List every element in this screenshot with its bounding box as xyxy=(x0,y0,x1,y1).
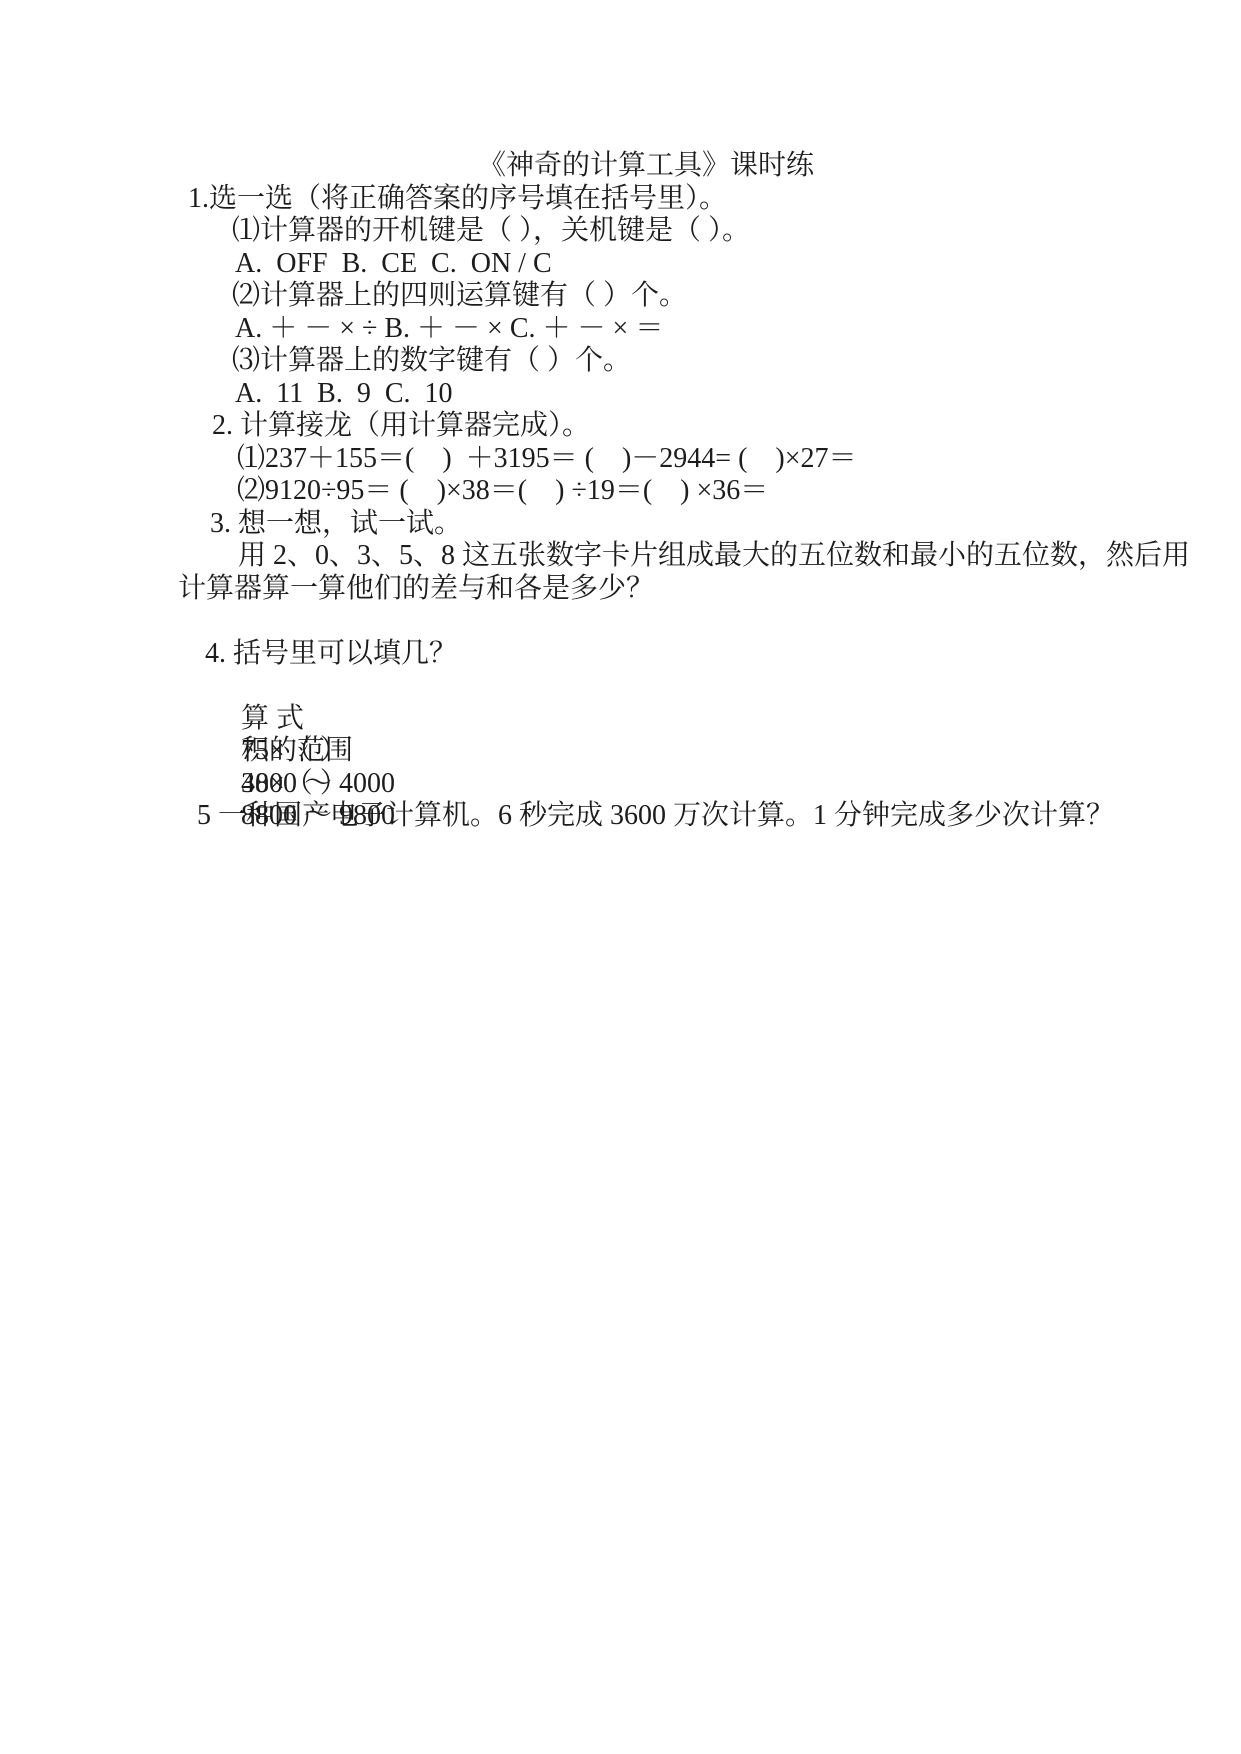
worksheet-content: 《神奇的计算工具》课时练 1.选一选（将正确答案的序号填在括号里）。 ⑴计算器的… xyxy=(178,150,1068,833)
q1-item3: ⑶计算器上的数字键有（ ）个。 xyxy=(232,345,1068,378)
q4-row2-expression: 48×（ ） xyxy=(241,768,360,801)
spacer xyxy=(178,605,1068,638)
page-title: 《神奇的计算工具》课时练 xyxy=(478,150,1068,183)
q2-chain-2: ⑵9120÷95＝ ( )×38＝( ) ÷19＝( ) ×36＝ xyxy=(237,475,1068,508)
q3-body-line1: 用 2、0、3、5、8 这五张数字卡片组成最大的五位数和最小的五位数，然后用 xyxy=(238,540,1068,573)
q1-item3-options: A. 11 B. 9 C. 10 xyxy=(235,378,1068,411)
q4-table-header: 算 式 积的范围 xyxy=(199,670,1068,703)
q2-heading: 2. 计算接龙（用计算器完成）。 xyxy=(212,410,1068,443)
q4-heading: 4. 括号里可以填几？ xyxy=(205,638,1068,671)
q3-body-line2: 计算器算一算他们的差与和各是多少？ xyxy=(178,573,1068,606)
worksheet-page: 《神奇的计算工具》课时练 1.选一选（将正确答案的序号填在括号里）。 ⑴计算器的… xyxy=(0,0,1241,1754)
q4-col1-header: 算 式 xyxy=(241,703,360,736)
q4-row1-expression: 75×（ ） xyxy=(241,735,360,768)
q2-chain-1: ⑴237＋155＝( ) ＋3195＝ ( )－2944= ( )×27＝ xyxy=(237,443,1068,476)
q5-text: 5 一种国产电子计算机。6 秒完成 3600 万次计算。1 分钟完成多少次计算？ xyxy=(197,800,1068,833)
q3-heading: 3. 想一想，试一试。 xyxy=(210,508,1068,541)
q1-item1: ⑴计算器的开机键是（ ），关机键是（ ）。 xyxy=(232,215,1068,248)
q1-heading: 1.选一选（将正确答案的序号填在括号里）。 xyxy=(188,183,1068,216)
q1-item1-options: A. OFF B. CE C. ON / C xyxy=(235,248,1068,281)
q1-item2-options: A. ＋ － × ÷ B. ＋ － × C. ＋ － × ＝ xyxy=(235,313,1068,346)
q1-item2: ⑵计算器上的四则运算键有（ ）个。 xyxy=(232,280,1068,313)
